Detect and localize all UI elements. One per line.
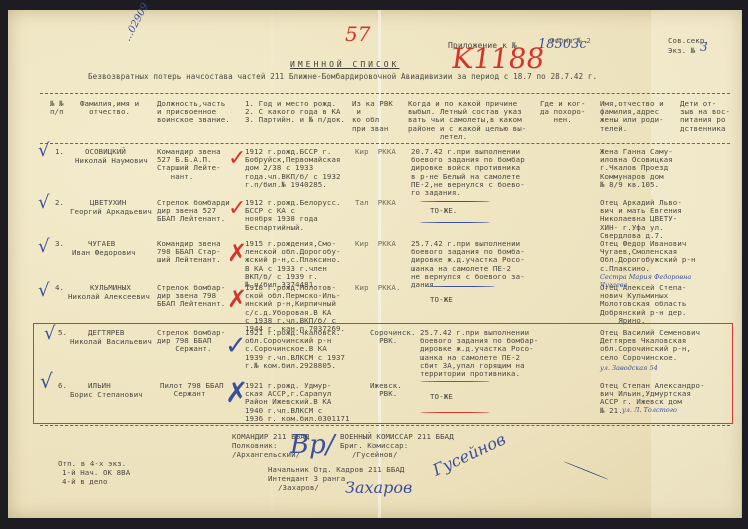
commissar-title: ВОЕННЫЙ КОМИССАР 211 ББАД bbox=[340, 433, 454, 441]
page-number: 57 bbox=[345, 22, 370, 46]
row-1-surname: ОСОВИЦКИЙ bbox=[85, 148, 126, 156]
col-header-name: Фамилия,имя и отчество. bbox=[80, 100, 139, 116]
commissar-rank: Бриг. Комиссар: bbox=[340, 442, 408, 450]
blue-cross-mark-icon: ✗ bbox=[225, 382, 248, 404]
row-1-rvk: Кир РККА bbox=[355, 148, 396, 156]
col-header-children: Дети от- зыв на вос- питания ро дственни… bbox=[680, 100, 730, 133]
row-4-position: Стрелок бомбар- дир звена 798 ББАП Лейте… bbox=[157, 284, 225, 309]
row-2-relatives: Отец Аркадий Льво- вич и мать Евгения Ни… bbox=[600, 199, 682, 240]
row-4-rvk: Кир РККА. bbox=[355, 284, 401, 292]
row-6-reason: ТО-ЖЕ bbox=[430, 393, 453, 401]
copies-line-2: 1-й Нач. ОК 8ВА bbox=[62, 469, 130, 477]
row-3-reason: 25.7.42 г.при выполнении боевого задания… bbox=[411, 240, 525, 289]
staff-name: /Захаров/ bbox=[278, 484, 319, 492]
row-4-reason: ТО-ЖЕ bbox=[430, 296, 453, 304]
table-bottom-rule bbox=[40, 425, 730, 426]
row-3-num: 3. bbox=[55, 240, 64, 248]
red-pen-stroke bbox=[420, 412, 490, 413]
row-6-rvk: Ижевск. РВК. bbox=[370, 382, 402, 398]
row-2-num: 2. bbox=[55, 199, 64, 207]
row-3-surname: ЧУГАЕВ bbox=[88, 240, 115, 248]
red-cross-mark-icon: ✗ bbox=[227, 242, 247, 264]
row-6-birth: 1921 г.рожд. Удмур- ская АССР,г.Сарапул … bbox=[245, 382, 350, 423]
row-6-position: Пилот 798 ББАП Сержант bbox=[160, 382, 224, 398]
check-mark-icon: √ bbox=[38, 140, 49, 162]
row-4-relatives: Отец Алексей Степа- нович Кульминых Моло… bbox=[600, 284, 686, 325]
appendix-label: Приложение к № bbox=[448, 42, 517, 50]
copy-label: Экз. № bbox=[668, 47, 695, 55]
row-1-birth: 1912 г.рожд.БССР г. Бобруйск,Первомайска… bbox=[245, 148, 341, 189]
check-mark-icon: √ bbox=[40, 370, 53, 392]
row-5-surname: ДЕГТЯРЕВ bbox=[88, 329, 124, 337]
row-1-relatives: Жена Ганна Саму- иловна Осовицкая г.Чкал… bbox=[600, 148, 673, 189]
row-2-reason: ТО-ЖЕ. bbox=[430, 207, 457, 215]
commissar-name: /Гусейнов/ bbox=[352, 451, 398, 459]
row-5-name: Николай Васильевич bbox=[70, 338, 152, 346]
row-5-position: Стрелок бомбар- дир 798 ББАП Сержант. bbox=[157, 329, 225, 354]
col-header-relatives: Имя,отчество и фамилия,адрес жены или ро… bbox=[600, 100, 664, 133]
copy-number: 3 bbox=[700, 40, 708, 54]
check-mark-icon: √ bbox=[38, 192, 49, 214]
document-subtitle: Безвозвратных потерь начсостава частей 2… bbox=[88, 73, 597, 81]
check-mark-icon: √ bbox=[44, 323, 55, 345]
row-6-surname: ИЛЬИН bbox=[88, 382, 111, 390]
header-rule-bottom bbox=[40, 143, 730, 144]
copies-line-3: 4-й в дело bbox=[62, 478, 108, 486]
row-2-name: Георгий Аркадьевич bbox=[70, 208, 152, 216]
row-2-birth: 1912 г.рожд.Белорусс. БССР с КА с ноября… bbox=[245, 199, 341, 232]
red-pen-stroke bbox=[420, 381, 490, 382]
row-1-position: Командир звена 527 Б.Б.А.П. Старший Лейт… bbox=[157, 148, 221, 181]
blue-pen-stroke bbox=[420, 222, 490, 223]
blue-pen-stroke bbox=[420, 201, 490, 202]
red-cross-mark-icon: ✗ bbox=[227, 288, 247, 310]
col-header-position: Должность,часть и присвоенное воинское з… bbox=[157, 100, 230, 125]
row-4-surname: КУЛЬМИНЫХ bbox=[90, 284, 131, 292]
blue-check-mark-icon: ✓ bbox=[225, 335, 247, 357]
col-header-rvk: Из ка РВК и ко обл при зван bbox=[352, 100, 393, 133]
commander-signature: Вр/ bbox=[290, 430, 335, 460]
row-2-surname: ЦВЕТУХИН bbox=[90, 199, 126, 207]
row-2-rvk: Тал РККА bbox=[355, 199, 396, 207]
row-4-num: 4. bbox=[55, 284, 64, 292]
staff-signature: Захаров bbox=[345, 478, 412, 497]
row-3-name: Иван Федорович bbox=[72, 249, 136, 257]
row-5-reason: 25.7.42 г.при выполнении боевого задания… bbox=[420, 329, 538, 378]
col-header-buried: Где и ког- да похоро- нен. bbox=[540, 100, 586, 125]
commander-rank: Полковник: bbox=[232, 442, 278, 450]
col-header-birth: 1. Год и место рожд. 2. С какого года в … bbox=[245, 100, 345, 125]
row-1-name: Николай Наумович bbox=[75, 157, 148, 165]
row-3-relatives: Отец Федор Иванович Чугаев,Смоленская Об… bbox=[600, 240, 696, 273]
row-4-name: Николай Алексеевич bbox=[68, 293, 150, 301]
row-5-num: 5. bbox=[58, 329, 67, 337]
row-2-position: Стрелок бомбарди дир звена 527 ББАП Лейт… bbox=[157, 199, 230, 224]
row-3-birth: 1915 г.рождения,Смо- ленской обл.Дорогоб… bbox=[245, 240, 341, 289]
row-6-num: 6. bbox=[58, 382, 67, 390]
form-label: Форма № 2 bbox=[550, 37, 591, 45]
row-5-handwritten-note: ул. Заводская 54 bbox=[600, 364, 658, 372]
row-5-relatives: Отец Василий Семенович Дегтярев Чкаловск… bbox=[600, 329, 700, 362]
row-5-rvk: Сорочинск. РВК. bbox=[370, 329, 416, 345]
check-mark-icon: √ bbox=[38, 280, 49, 302]
row-3-position: Командир звена 798 ББАП Стар- ший Лейтен… bbox=[157, 240, 221, 265]
col-header-reason: Когда и по какой причине выбыл. Летный с… bbox=[408, 100, 526, 141]
red-check-mark-icon: ✓ bbox=[228, 148, 246, 170]
row-1-reason: 20.7.42 г.при выполнении боевого задания… bbox=[411, 148, 525, 197]
row-3-rvk: Кир РККА bbox=[355, 240, 396, 248]
blue-pen-stroke bbox=[425, 286, 495, 287]
document-title: ИМЕННОЙ СПИСОК bbox=[290, 60, 399, 69]
copies-line-1: Отп. в 4-х экз. bbox=[58, 460, 126, 468]
row-5-birth: 1921 г.рожд.Чкаловск. обл.Сорочинский р-… bbox=[245, 329, 345, 370]
row-6-handwritten-note: ул. Л. Толстого bbox=[622, 406, 677, 414]
col-header-num: № № п/п bbox=[50, 100, 64, 116]
staff-rank: Интендант 3 ранга bbox=[268, 475, 345, 483]
row-6-name: Борис Степанович bbox=[70, 391, 143, 399]
check-mark-icon: √ bbox=[38, 236, 49, 258]
red-check-mark-icon: ✓ bbox=[228, 198, 246, 220]
row-1-num: 1. bbox=[55, 148, 64, 156]
header-rule-top bbox=[40, 93, 730, 94]
staff-title: Начальник Отд. Кадров 211 ББАД bbox=[268, 466, 405, 474]
